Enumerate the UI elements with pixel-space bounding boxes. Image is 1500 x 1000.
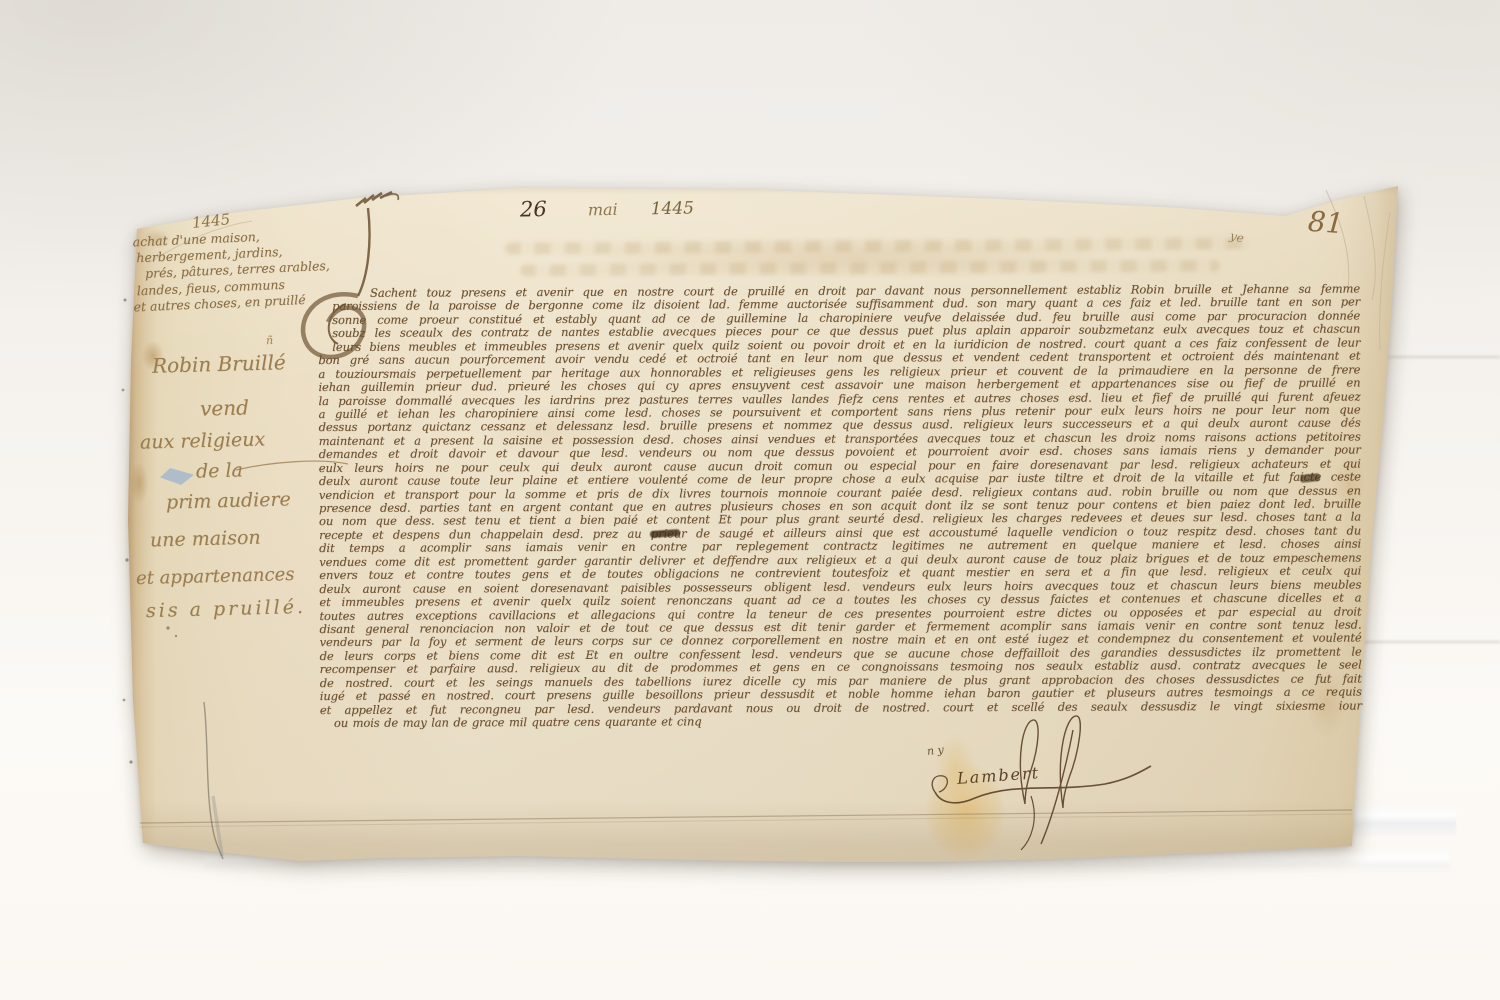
- date-heading: 26 mai 1445: [520, 194, 694, 221]
- date-day: 26: [520, 197, 547, 221]
- photo-backdrop: 1445 achat d'une maison,herbergement, ja…: [0, 0, 1500, 1000]
- margin-sale-note-line: de la: [196, 459, 243, 482]
- charter-body-text: Sachent touz presens et avenir que en no…: [318, 282, 1362, 730]
- date-month: mai: [588, 200, 618, 220]
- margin-small-mark: ñ: [266, 334, 273, 347]
- margin-sale-note-line: aux religieux: [140, 428, 266, 453]
- parchment-document: 1445 achat d'une maison,herbergement, ja…: [0, 0, 1500, 1000]
- date-year: 1445: [651, 198, 695, 219]
- signature-side-marks: n y: [926, 743, 944, 758]
- margin-sale-note-line: sis a pruillé.: [146, 596, 307, 622]
- folio-number: 81: [1307, 205, 1345, 240]
- margin-sale-note-line: Robin Bruillé: [152, 350, 286, 377]
- signature-block: Lambert n y: [905, 708, 1175, 853]
- margin-sale-note-line: prim audiere: [166, 488, 291, 513]
- margin-sale-note-line: et appartenances: [136, 564, 295, 589]
- margin-sale-note-line: vend: [200, 395, 249, 420]
- margin-sale-note-line: une maison: [150, 527, 261, 552]
